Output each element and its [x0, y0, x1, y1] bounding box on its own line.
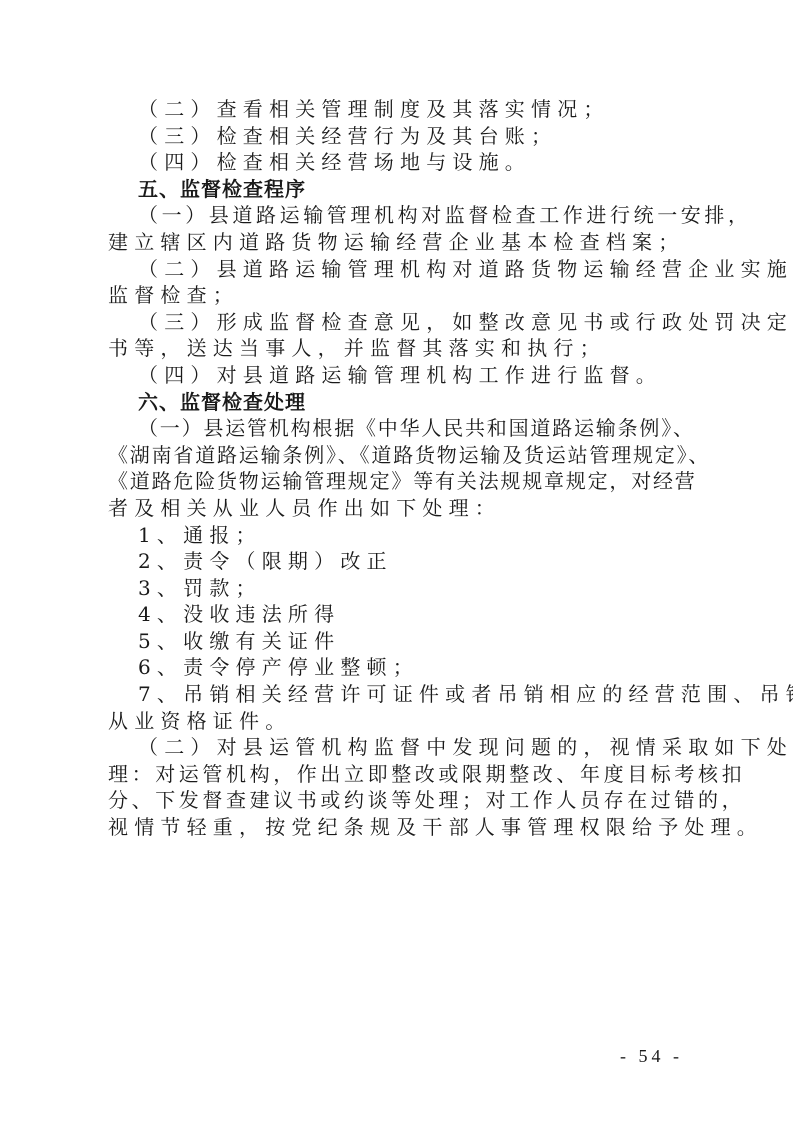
text-line: （一）县运管机构根据《中华人民共和国道路运输条例》、	[108, 415, 680, 442]
text-line: 视情节轻重，按党纪条规及干部人事管理权限给予处理。	[108, 814, 680, 841]
text-line: （二）查看相关管理制度及其落实情况；	[108, 96, 680, 123]
text-line: 者及相关从业人员作出如下处理：	[108, 495, 680, 522]
list-item: 2、责令（限期）改正	[108, 548, 680, 575]
section-heading-6: 六、监督检查处理	[108, 389, 680, 416]
section-heading-5: 五、监督检查程序	[108, 176, 680, 203]
text-line: 理：对运管机构，作出立即整改或限期整改、年度目标考核扣	[108, 761, 680, 788]
text-line: 书等，送达当事人，并监督其落实和执行；	[108, 335, 680, 362]
text-line: （二）县道路运输管理机构对道路货物运输经营企业实施	[108, 256, 680, 283]
text-line: 从业资格证件。	[108, 708, 680, 735]
text-line: （三）形成监督检查意见，如整改意见书或行政处罚决定	[108, 309, 680, 336]
document-body: （二）查看相关管理制度及其落实情况； （三）检查相关经营行为及其台账； （四）检…	[108, 96, 680, 841]
text-line: 《道路危险货物运输管理规定》等有关法规规章规定，对经营	[108, 468, 680, 495]
list-item: 4、没收违法所得	[108, 601, 680, 628]
text-line: （二）对县运管机构监督中发现问题的，视情采取如下处	[108, 734, 680, 761]
list-item: 3、罚款；	[108, 575, 680, 602]
text-line: （一）县道路运输管理机构对监督检查工作进行统一安排，	[108, 202, 680, 229]
text-line: 《湖南省道路运输条例》、《道路货物运输及货运站管理规定》、	[108, 442, 680, 469]
list-item: 6、责令停产停业整顿；	[108, 654, 680, 681]
text-line: 建立辖区内道路货物运输经营企业基本检查档案；	[108, 229, 680, 256]
text-line: 监督检查；	[108, 282, 680, 309]
list-item: 5、收缴有关证件	[108, 628, 680, 655]
text-line: （四）检查相关经营场地与设施。	[108, 149, 680, 176]
list-item: 1、通报；	[108, 522, 680, 549]
list-item: 7、吊销相关经营许可证件或者吊销相应的经营范围、吊销	[108, 681, 680, 708]
page-number: - 54 -	[620, 1046, 683, 1067]
text-line: （四）对县道路运输管理机构工作进行监督。	[108, 362, 680, 389]
text-line: 分、下发督查建议书或约谈等处理；对工作人员存在过错的，	[108, 787, 680, 814]
text-line: （三）检查相关经营行为及其台账；	[108, 123, 680, 150]
